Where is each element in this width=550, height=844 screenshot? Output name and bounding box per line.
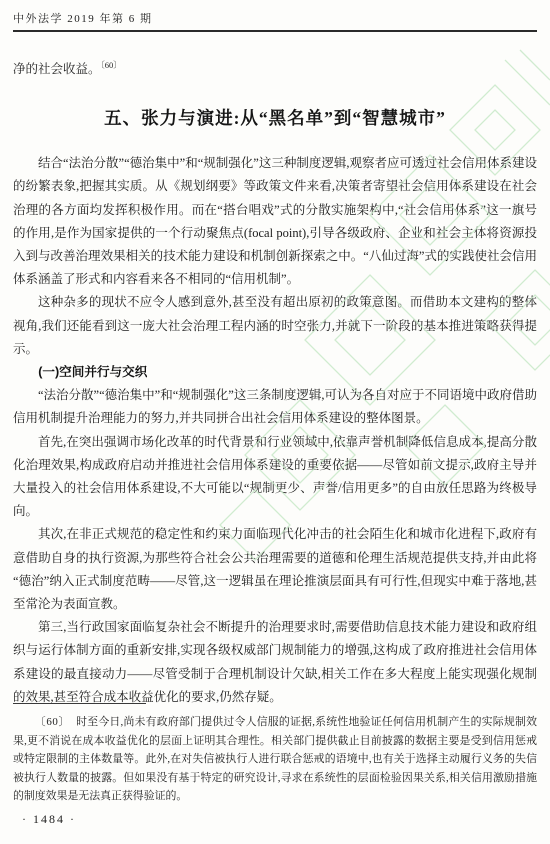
footnote-area: 〔60〕时至今日,尚未有政府部门提供过令人信服的证据,系统性地验证任何信用机制产… xyxy=(13,703,537,806)
paragraph: 首先,在突出强调市场化改革的时代背景和行业领域中,依靠声誉机制降低信息成本,提高… xyxy=(13,431,537,524)
body-text: 结合“法治分散”“德治集中”和“规制强化”这三种制度逻辑,观察者应可透过社会信用… xyxy=(13,152,537,709)
subsection-heading: (一)空间并行与交织 xyxy=(13,361,537,384)
carryover-text: 净的社会收益。 xyxy=(13,62,101,76)
journal-header: 中外法学 2019 年第 6 期 xyxy=(13,10,153,26)
paragraph: 其次,在非正式规范的稳定性和约束力面临现代化冲击的社会陌生化和城市化进程下,政府… xyxy=(13,523,537,616)
carryover-paragraph: 净的社会收益。〔60〕 xyxy=(13,54,537,81)
footnote-divider xyxy=(13,703,146,704)
page-number: · 1484 · xyxy=(22,812,76,827)
header-divider xyxy=(13,30,537,32)
paragraph: 这种杂多的现状不应令人感到意外,甚至没有超出原初的政策意图。而借助本文建构的整体… xyxy=(13,291,537,361)
footnote-label: 〔60〕 xyxy=(35,716,70,728)
journal-page: 中外法学 2019 年第 6 期 净的社会收益。〔60〕 五、张力与演进:从“黑… xyxy=(0,0,550,844)
section-title: 五、张力与演进:从“黑名单”到“智慧城市” xyxy=(13,105,537,130)
page-content: 净的社会收益。〔60〕 五、张力与演进:从“黑名单”到“智慧城市” 结合“法治分… xyxy=(13,54,537,709)
footnote-ref-60: 〔60〕 xyxy=(101,60,122,70)
paragraph: 结合“法治分散”“德治集中”和“规制强化”这三种制度逻辑,观察者应可透过社会信用… xyxy=(13,152,537,291)
paragraph: “法治分散”“德治集中”和“规制强化”这三条制度逻辑,可认为各自对应于不同语境中… xyxy=(13,384,537,430)
paragraph: 第三,当行政国家面临复杂社会不断提升的治理要求时,需要借助信息技术能力建设和政府… xyxy=(13,616,537,709)
footnote-text: 时至今日,尚未有政府部门提供过令人信服的证据,系统性地验证任何信用机制产生的实际… xyxy=(13,716,537,802)
footnote: 〔60〕时至今日,尚未有政府部门提供过令人信服的证据,系统性地验证任何信用机制产… xyxy=(13,713,537,806)
